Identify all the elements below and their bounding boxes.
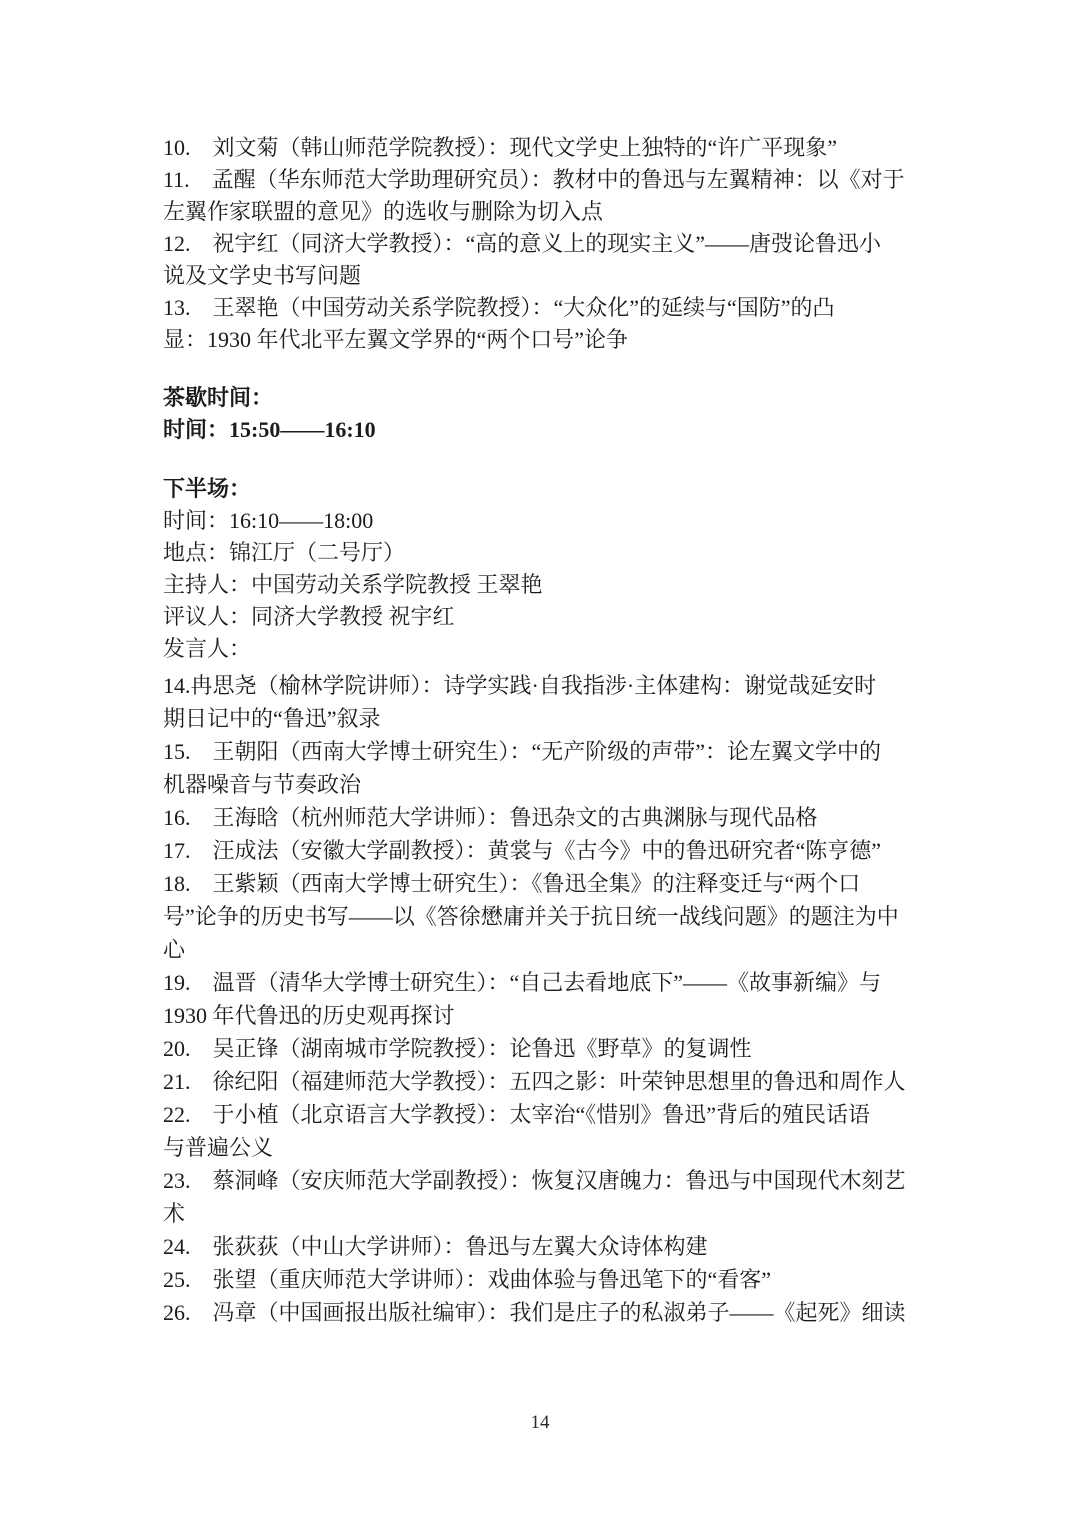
second-half-host: 主持人：中国劳动关系学院教授 王翠艳: [163, 569, 915, 601]
tea-break-title: 茶歇时间：: [163, 382, 915, 414]
agenda-item-22: 22. 于小植（北京语言大学教授）：太宰治“《惜别》鲁迅”背后的殖民话语 与普遍…: [163, 1098, 915, 1164]
agenda-item-25: 25. 张望（重庆师范大学讲师）：戏曲体验与鲁迅笔下的“看客”: [163, 1263, 915, 1296]
agenda-item-26: 26. 冯章（中国画报出版社编审）：我们是庄子的私淑弟子——《起死》细读: [163, 1296, 915, 1329]
agenda-item-13: 13. 王翠艳（中国劳动关系学院教授）：“大众化”的延续与“国防”的凸 显：19…: [163, 292, 915, 356]
second-half-section: 下半场： 时间：16:10——18:00 地点：锦江厅（二号厅） 主持人：中国劳…: [163, 473, 915, 1329]
second-half-time: 时间：16:10——18:00: [163, 505, 915, 537]
tea-break-section: 茶歇时间： 时间：15:50——16:10: [163, 382, 915, 446]
agenda-item-23: 23. 蔡洞峰（安庆师范大学副教授）：恢复汉唐魄力：鲁迅与中国现代木刻艺 术: [163, 1164, 915, 1230]
speakers-label: 发言人：: [163, 633, 915, 665]
agenda-item-12: 12. 祝宇红（同济大学教授）：“高的意义上的现实主义”——唐弢论鲁迅小 说及文…: [163, 228, 915, 292]
agenda-item-20: 20. 吴正锋（湖南城市学院教授）：论鲁迅《野草》的复调性: [163, 1032, 915, 1065]
second-half-title: 下半场：: [163, 473, 915, 505]
second-half-items: 14.冉思尧（榆林学院讲师）：诗学实践·自我指涉·主体建构：谢觉哉延安时 期日记…: [163, 669, 915, 1329]
agenda-item-11: 11. 孟醒（华东师范大学助理研究员）：教材中的鲁迅与左翼精神：以《对于 左翼作…: [163, 164, 915, 228]
agenda-item-19: 19. 温晋（清华大学博士研究生）：“自己去看地底下”——《故事新编》与 193…: [163, 966, 915, 1032]
tea-break-time: 时间：15:50——16:10: [163, 414, 915, 446]
agenda-item-16: 16. 王海晗（杭州师范大学讲师）：鲁迅杂文的古典渊脉与现代品格: [163, 801, 915, 834]
conference-program-page: 10. 刘文菊（韩山师范学院教授）：现代文学史上独特的“许广平现象” 11. 孟…: [0, 0, 1080, 1529]
agenda-item-15: 15. 王朝阳（西南大学博士研究生）：“无产阶级的声带”：论左翼文学中的 机器噪…: [163, 735, 915, 801]
second-half-reviewer: 评议人：同济大学教授 祝宇红: [163, 601, 915, 633]
page-number: 14: [0, 1410, 1080, 1436]
page-content: 10. 刘文菊（韩山师范学院教授）：现代文学史上独特的“许广平现象” 11. 孟…: [163, 132, 915, 1329]
second-half-location: 地点：锦江厅（二号厅）: [163, 537, 915, 569]
first-half-items: 10. 刘文菊（韩山师范学院教授）：现代文学史上独特的“许广平现象” 11. 孟…: [163, 132, 915, 356]
agenda-item-24: 24. 张荻荻（中山大学讲师）：鲁迅与左翼大众诗体构建: [163, 1230, 915, 1263]
agenda-item-17: 17. 汪成法（安徽大学副教授）：黄裳与《古今》中的鲁迅研究者“陈亨德”: [163, 834, 915, 867]
agenda-item-10: 10. 刘文菊（韩山师范学院教授）：现代文学史上独特的“许广平现象”: [163, 132, 915, 164]
agenda-item-18: 18. 王紫颖（西南大学博士研究生）：《鲁迅全集》的注释变迁与“两个口 号”论争…: [163, 867, 915, 966]
agenda-item-14: 14.冉思尧（榆林学院讲师）：诗学实践·自我指涉·主体建构：谢觉哉延安时 期日记…: [163, 669, 915, 735]
agenda-item-21: 21. 徐纪阳（福建师范大学教授）：五四之影：叶荣钟思想里的鲁迅和周作人: [163, 1065, 915, 1098]
